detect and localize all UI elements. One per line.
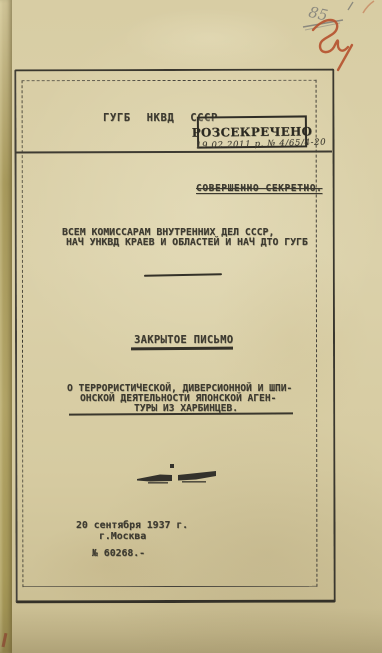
red-pencil-stray-mark: [363, 1, 374, 13]
document-city: г.Москва: [99, 531, 146, 542]
pencil-tick: [348, 2, 353, 10]
addressee-line: НАЧ УНКВД КРАЕВ И ОБЛАСТЕЙ И НАЧ ДТО ГУГ…: [66, 237, 308, 248]
scanned-document-page: ГУГБ НКВД СССР РОЗСЕКРЕЧЕНО 19 02 2011 р…: [0, 0, 382, 653]
document-date: 20 сентября 1937 г.: [76, 520, 188, 531]
secrecy-classification-line: СОВЕРШЕННО СЕКРЕТНО.: [196, 183, 322, 194]
page-bottom-shadow: [0, 608, 382, 653]
paper-highlight: [120, 8, 300, 68]
winged-divider-ornament: [132, 458, 224, 486]
page-binding-edge: [0, 0, 12, 653]
corner-annotations: 85: [293, 0, 382, 92]
letter-type-heading: ЗАКРЫТОЕ ПИСЬМО: [134, 334, 233, 346]
document-number: № 60268.-: [92, 548, 145, 559]
declassified-stamp-label: РОЗСЕКРЕЧЕНО: [192, 124, 313, 139]
